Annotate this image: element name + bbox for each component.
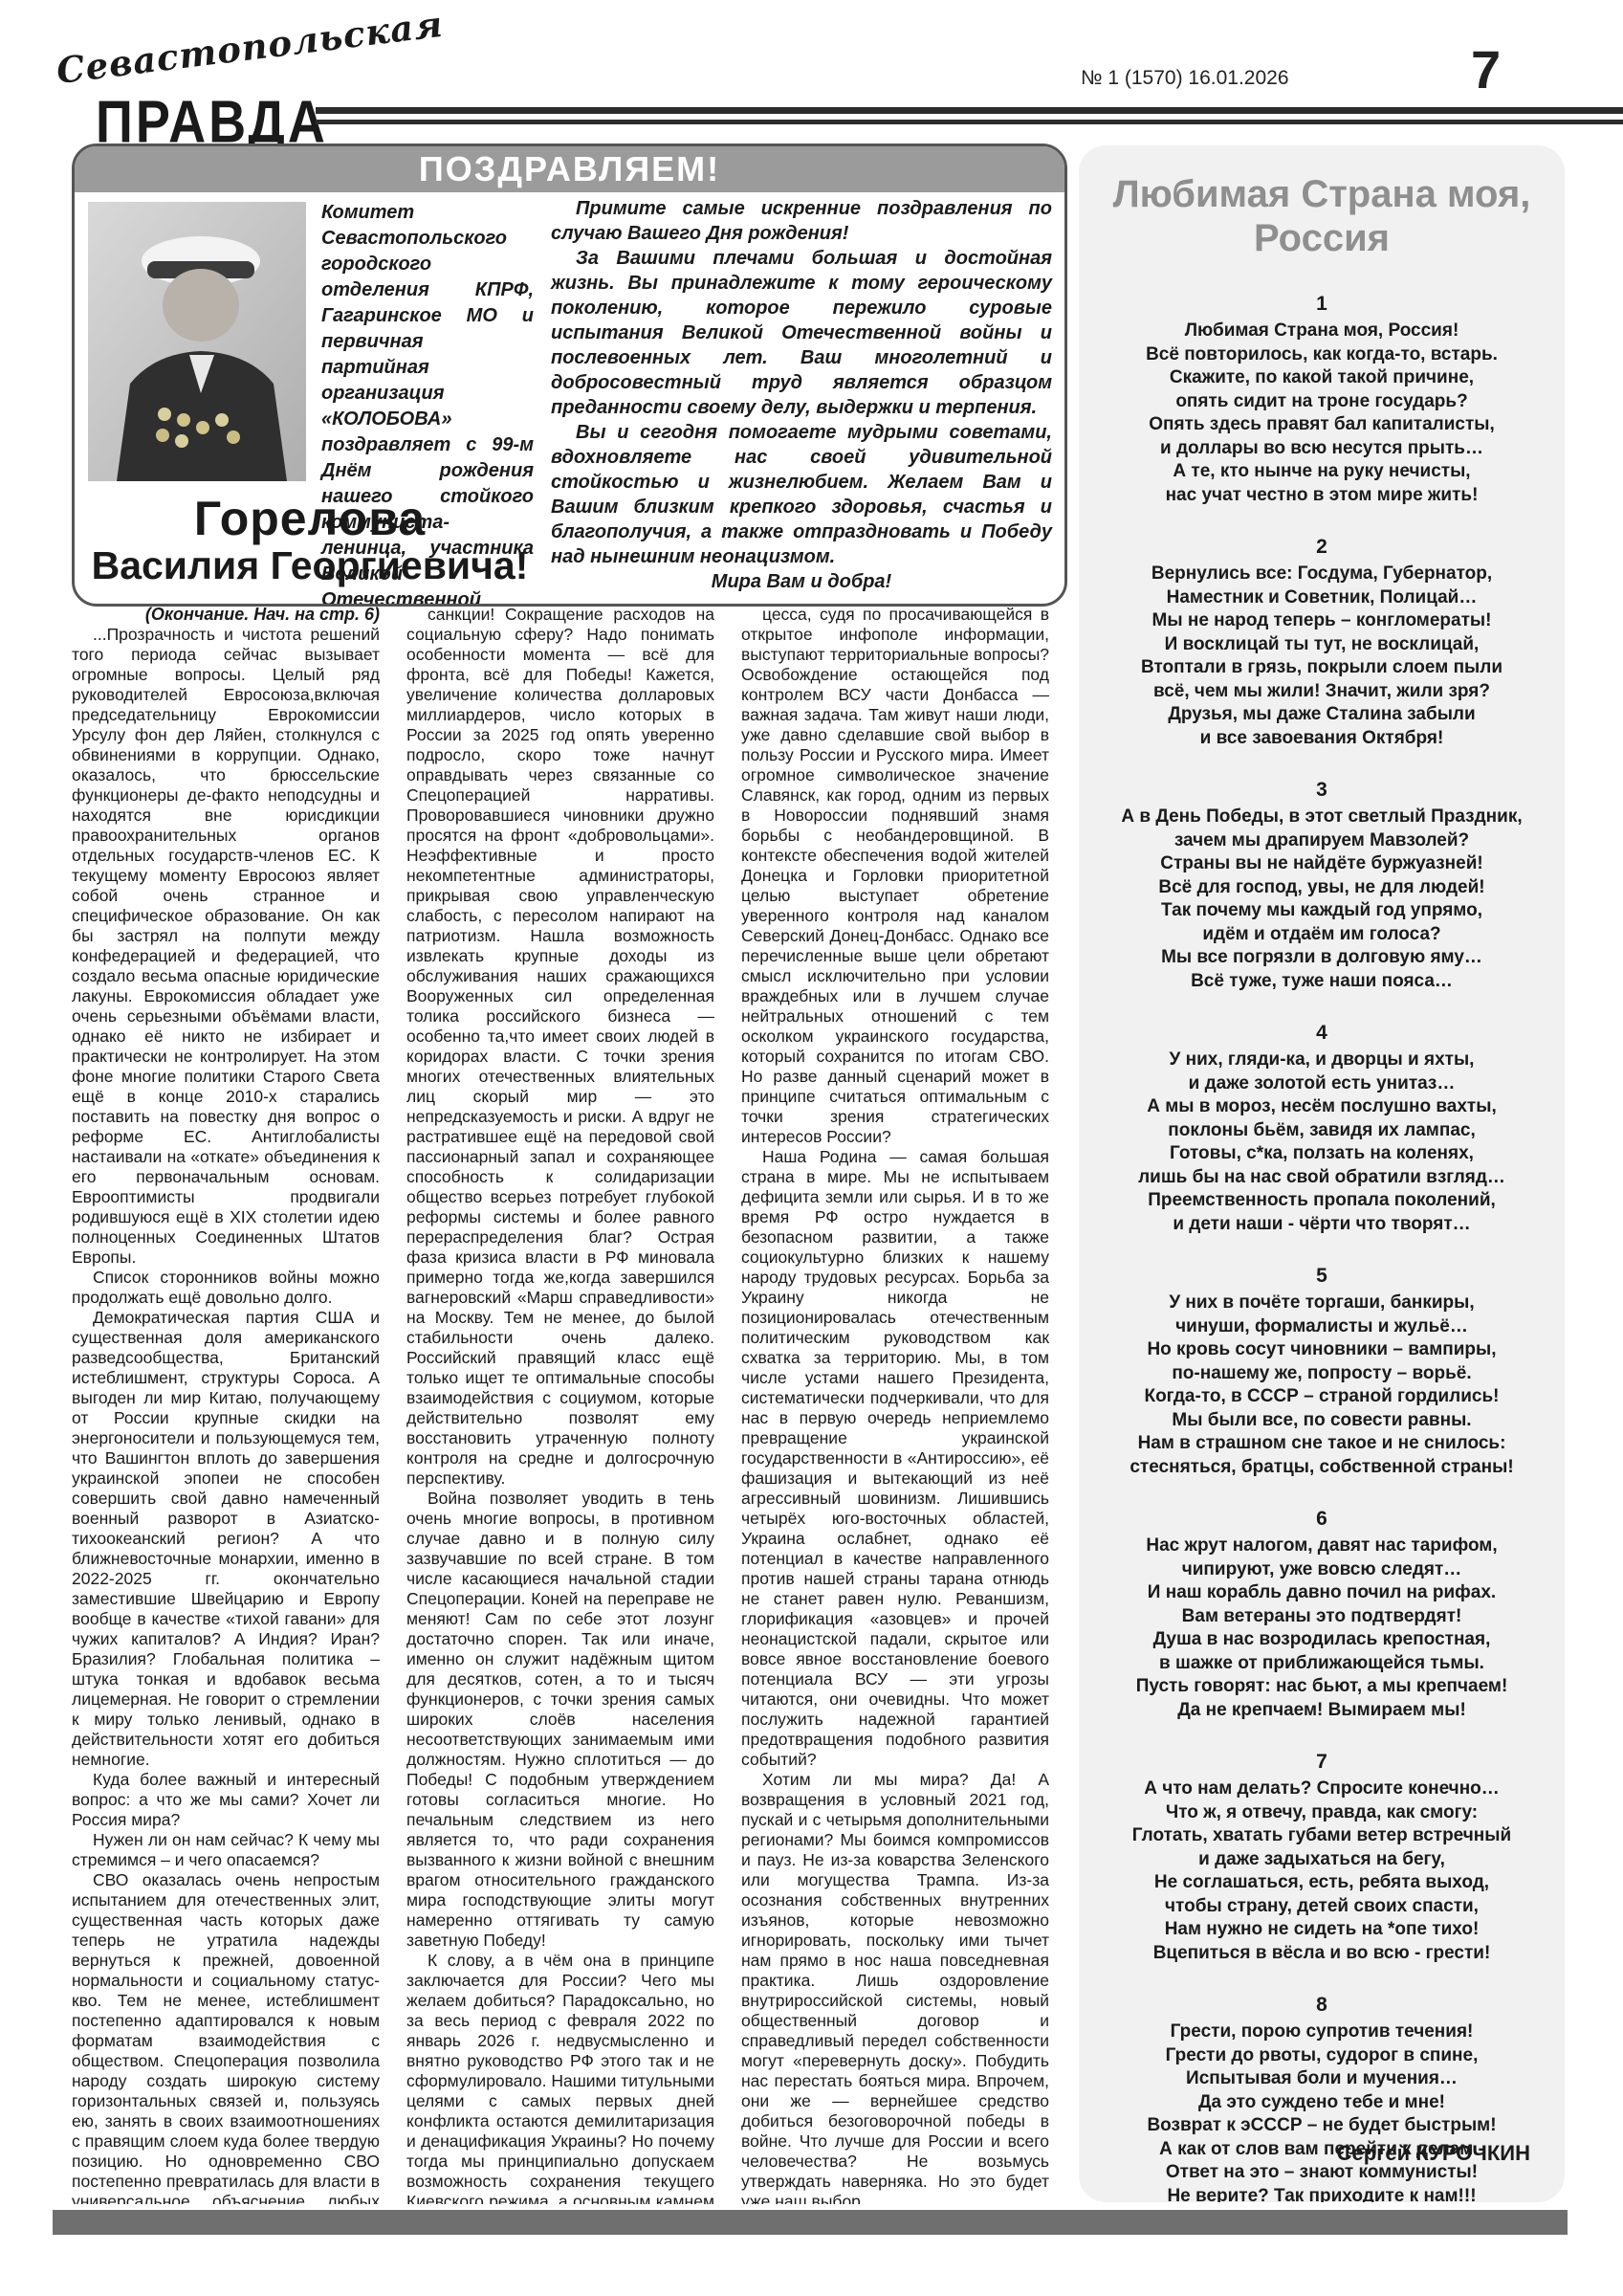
veteran-photo xyxy=(88,202,306,481)
stanza-text: У них, гляди-ка, и дворцы и яхты, и даже… xyxy=(1079,1049,1565,1236)
logo-script-line: Севастопольская xyxy=(55,15,344,92)
article-column-1: (Окончание. Нач. на стр. 6) ...Прозрачно… xyxy=(72,605,380,2204)
article-paragraph: Война позволяет уводить в тень очень мно… xyxy=(406,1489,714,1951)
stanza-text: Вернулись все: Госдума, Губернатор, Наме… xyxy=(1079,563,1565,750)
continuation-note: (Окончание. Нач. на стр. 6) xyxy=(72,605,380,625)
article-paragraph: Список сторонников войны можно продолжат… xyxy=(72,1268,380,1308)
poem-stanzas: 1 Любимая Страна моя, Россия! Всё повтор… xyxy=(1079,293,1565,2202)
poem-stanza: 2 Вернулись все: Госдума, Губернатор, На… xyxy=(1079,536,1565,750)
honoree-name: Горелова Василия Георгиевича! xyxy=(75,493,545,586)
footer-bar xyxy=(53,2210,1568,2235)
issue-and-date: № 1 (1570) 16.01.2026 xyxy=(1081,67,1289,90)
poem-stanza: 7 А что нам делать? Спросите конечно… Чт… xyxy=(1079,1751,1565,1965)
article-paragraph: Наша Родина — самая большая страна в мир… xyxy=(741,1147,1049,1770)
honoree-surname: Горелова xyxy=(75,493,545,544)
greeting-paragraph: Вы и сегодня помогаете мудрыми советами,… xyxy=(551,420,1052,569)
poem-stanza: 6 Нас жрут налогом, давят нас тарифом, ч… xyxy=(1079,1508,1565,1722)
header-rule xyxy=(316,107,1623,124)
poem-stanza: 3 А в День Победы, в этот светлый Праздн… xyxy=(1079,779,1565,993)
poem-stanza: 8 Грести, порою супротив течения! Грести… xyxy=(1079,1994,1565,2202)
stanza-number: 8 xyxy=(1079,1994,1565,2017)
stanza-number: 3 xyxy=(1079,779,1565,802)
article-paragraph: К слову, а в чём она в принципе заключае… xyxy=(406,1951,714,2204)
poem-author: Сергей КУРОЧКИН xyxy=(1337,2141,1530,2166)
stanza-number: 6 xyxy=(1079,1508,1565,1531)
greeting-box-header: ПОЗДРАВЛЯЕМ! xyxy=(75,146,1064,192)
newspaper-logo: Севастопольская ПРАВДА xyxy=(59,50,346,155)
article-paragraph: Нужен ли он нам сейчас? К чему мы стреми… xyxy=(72,1830,380,1870)
greeting-paragraph: Примите самые искренние поздравления по … xyxy=(551,196,1052,246)
article-col1-paragraphs: ...Прозрачность и чистота решений того п… xyxy=(72,625,380,2204)
article-paragraph: Демократическая партия США и существенна… xyxy=(72,1308,380,1770)
greeting-title: ПОЗДРАВЛЯЕМ! xyxy=(419,149,720,189)
stanza-text: Нас жрут налогом, давят нас тарифом, чип… xyxy=(1079,1534,1565,1722)
stanza-number: 2 xyxy=(1079,536,1565,559)
article-column-2: санкции! Сокращение расходов на социальн… xyxy=(406,605,714,2204)
stanza-number: 1 xyxy=(1079,293,1565,316)
newspaper-page: Севастопольская ПРАВДА № 1 (1570) 16.01.… xyxy=(0,0,1623,2296)
article-paragraph: ...Прозрачность и чистота решений того п… xyxy=(72,625,380,1268)
article-paragraph: Хотим ли мы мира? Да! А возвращения в ус… xyxy=(741,1770,1049,2204)
article-paragraph: СВО оказалась очень непростым испытанием… xyxy=(72,1870,380,2204)
article-paragraph: Куда более важный и интересный вопрос: а… xyxy=(72,1770,380,1830)
stanza-text: А что нам делать? Спросите конечно… Что … xyxy=(1079,1777,1565,1965)
stanza-number: 5 xyxy=(1079,1265,1565,1288)
greeting-box: ПОЗДРАВЛЯЕМ! xyxy=(72,143,1067,607)
stanza-text: Грести, порою супротив течения! Грести д… xyxy=(1079,2020,1565,2202)
greeting-closing: Мира Вам и добра! xyxy=(551,569,1052,594)
article-column-3: цесса, судя по просачивающейся в открыто… xyxy=(741,605,1049,2204)
poem-stanza: 1 Любимая Страна моя, Россия! Всё повтор… xyxy=(1079,293,1565,507)
stanza-number: 7 xyxy=(1079,1751,1565,1774)
article-col3-paragraphs: цесса, судя по просачивающейся в открыто… xyxy=(741,605,1049,2204)
page-number: 7 xyxy=(1471,38,1501,100)
committee-text: Комитет Севастопольского городского отде… xyxy=(321,200,534,487)
stanza-text: У них в почёте торгаши, банкиры, чинуши,… xyxy=(1079,1291,1565,1479)
greeting-paragraph: За Вашими плечами большая и достойная жи… xyxy=(551,246,1052,420)
stanza-number: 4 xyxy=(1079,1022,1565,1045)
poem-title: Любимая Страна моя, Россия xyxy=(1079,172,1565,260)
greeting-paragraphs: Примите самые искренние поздравления по … xyxy=(551,196,1052,569)
poem-panel: Любимая Страна моя, Россия 1 Любимая Стр… xyxy=(1079,145,1565,2202)
greeting-message: Примите самые искренние поздравления по … xyxy=(551,196,1052,594)
article-paragraph: цесса, судя по просачивающейся в открыто… xyxy=(741,605,1049,1147)
article-col2-paragraphs: санкции! Сокращение расходов на социальн… xyxy=(406,605,714,2204)
poem-stanza: 5 У них в почёте торгаши, банкиры, чинуш… xyxy=(1079,1265,1565,1479)
article-paragraph: санкции! Сокращение расходов на социальн… xyxy=(406,605,714,1489)
poem-stanza: 4 У них, гляди-ка, и дворцы и яхты, и да… xyxy=(1079,1022,1565,1236)
honoree-patronymic: Василия Георгиевича! xyxy=(75,544,545,586)
stanza-text: А в День Победы, в этот светлый Праздник… xyxy=(1079,806,1565,993)
stanza-text: Любимая Страна моя, Россия! Всё повторил… xyxy=(1079,320,1565,507)
veteran-portrait-graphic xyxy=(88,202,306,481)
